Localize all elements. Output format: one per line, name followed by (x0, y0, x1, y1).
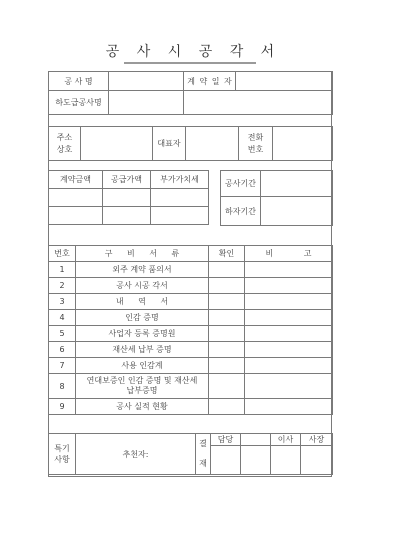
checklist-row-check-cell (209, 294, 245, 310)
checklist-row-check-cell (209, 310, 245, 326)
table-row: 계약금액 공급가액 부가가치세 (49, 171, 209, 189)
approver-sign-cell (241, 446, 271, 475)
checklist-row-item: 공사 시공 각서 (76, 278, 209, 294)
checklist-row-no: 8 (49, 374, 76, 399)
checklist-row-check-cell (209, 326, 245, 342)
project-name-value-cell (109, 72, 184, 91)
form-outline: 공 사 명 계 약 일 자 하도급공사명 주소 상호 대표자 전화 번호 (48, 71, 332, 477)
table-row: 6 재산세 납부 증명 (49, 342, 333, 358)
approver-header-staff: 담당 (211, 434, 241, 446)
document-sheet: 공 사 시 공 각 서 공 사 명 계 약 일 자 하도급공사명 주소 상호 (0, 0, 400, 533)
table-row: 하도급공사명 (49, 91, 333, 115)
supply-amount-header: 공급가액 (103, 171, 151, 189)
amount-cell (151, 189, 209, 207)
checklist-row-check-cell (209, 342, 245, 358)
amount-cell (151, 207, 209, 225)
checklist-row-item: 연대보증인 인감 증명 및 재산세 납부증명 (76, 374, 209, 399)
approver-header-blank (241, 434, 271, 446)
address-company-label: 주소 상호 (49, 127, 81, 161)
approver-sign-cell (271, 446, 301, 475)
subcontract-extra-cell (184, 91, 333, 115)
checklist-row-note-cell (245, 342, 333, 358)
checklist-row-note-cell (245, 326, 333, 342)
document-title-block: 공 사 시 공 각 서 (48, 41, 332, 64)
checklist-row-check-cell (209, 374, 245, 399)
checklist-row-check-cell (209, 262, 245, 278)
address-company-value-cell (81, 127, 153, 161)
checklist-row-item: 재산세 납부 증명 (76, 342, 209, 358)
period-table: 공사기간 하자기간 (220, 170, 333, 226)
checklist-note-header: 비 고 (245, 246, 333, 262)
approver-sign-cell (211, 446, 241, 475)
checklist-row-check-cell (209, 358, 245, 374)
approver-sign-cell (301, 446, 333, 475)
checklist-row-item: 내 역 서 (76, 294, 209, 310)
table-row: 번호 구 비 서 류 확인 비 고 (49, 246, 333, 262)
table-row: 4 인감 증명 (49, 310, 333, 326)
table-row: 주소 상호 대표자 전화 번호 (49, 127, 333, 161)
table-row: 1 외주 계약 품의서 (49, 262, 333, 278)
table-row: 7 사용 인감계 (49, 358, 333, 374)
checklist-table: 번호 구 비 서 류 확인 비 고 1 외주 계약 품의서 2 공사 시공 각서… (48, 245, 333, 415)
footer-table: 특기 사항 추천자: 결 재 담당 이사 사장 (48, 433, 333, 475)
amount-cell (49, 189, 103, 207)
amount-table: 계약금액 공급가액 부가가치세 (48, 170, 209, 225)
recommender-label: 추천자: (76, 434, 196, 475)
defect-period-value-cell (261, 197, 333, 226)
table-row: 2 공사 시공 각서 (49, 278, 333, 294)
checklist-no-header: 번호 (49, 246, 76, 262)
approver-header-director: 이사 (271, 434, 301, 446)
phone-label: 전화 번호 (239, 127, 273, 161)
construction-period-value-cell (261, 171, 333, 197)
table-row: 공사기간 (221, 171, 333, 197)
checklist-row-no: 7 (49, 358, 76, 374)
table-row: 3 내 역 서 (49, 294, 333, 310)
checklist-row-note-cell (245, 278, 333, 294)
defect-period-label: 하자기간 (221, 197, 261, 226)
contract-amount-header: 계약금액 (49, 171, 103, 189)
checklist-row-no: 6 (49, 342, 76, 358)
table-row: 9 공사 실적 현황 (49, 399, 333, 415)
construction-period-label: 공사기간 (221, 171, 261, 197)
special-notes-label: 특기 사항 (49, 434, 76, 475)
approval-label: 결 재 (196, 434, 211, 475)
contract-date-value-cell (236, 72, 333, 91)
document-title: 공 사 시 공 각 서 (106, 44, 274, 61)
checklist-row-note-cell (245, 399, 333, 415)
checklist-row-note-cell (245, 294, 333, 310)
checklist-check-header: 확인 (209, 246, 245, 262)
checklist-row-check-cell (209, 399, 245, 415)
contract-date-label: 계 약 일 자 (184, 72, 236, 91)
checklist-row-no: 9 (49, 399, 76, 415)
table-row (49, 207, 209, 225)
checklist-row-item: 인감 증명 (76, 310, 209, 326)
checklist-row-note-cell (245, 262, 333, 278)
representative-label: 대표자 (153, 127, 186, 161)
phone-value-cell (273, 127, 333, 161)
checklist-row-note-cell (245, 374, 333, 399)
checklist-row-no: 1 (49, 262, 76, 278)
table-row: 8 연대보증인 인감 증명 및 재산세 납부증명 (49, 374, 333, 399)
checklist-item-header: 구 비 서 류 (76, 246, 209, 262)
title-underline (124, 62, 256, 64)
representative-value-cell (186, 127, 239, 161)
approver-header-president: 사장 (301, 434, 333, 446)
checklist-row-check-cell (209, 278, 245, 294)
checklist-row-no: 3 (49, 294, 76, 310)
checklist-row-item: 사용 인감계 (76, 358, 209, 374)
checklist-row-item: 외주 계약 품의서 (76, 262, 209, 278)
table-row (49, 189, 209, 207)
checklist-row-item: 공사 실적 현황 (76, 399, 209, 415)
checklist-row-no: 2 (49, 278, 76, 294)
table-row: 공 사 명 계 약 일 자 (49, 72, 333, 91)
table-row: 하자기간 (221, 197, 333, 226)
project-name-label: 공 사 명 (49, 72, 109, 91)
subcontract-name-value-cell (109, 91, 184, 115)
table-row: 5 사업자 등록 증명원 (49, 326, 333, 342)
amount-cell (103, 207, 151, 225)
vat-header: 부가가치세 (151, 171, 209, 189)
checklist-row-no: 5 (49, 326, 76, 342)
checklist-row-note-cell (245, 310, 333, 326)
subcontract-name-label: 하도급공사명 (49, 91, 109, 115)
party-table: 주소 상호 대표자 전화 번호 (48, 126, 333, 161)
header-table: 공 사 명 계 약 일 자 하도급공사명 (48, 71, 333, 115)
table-row: 특기 사항 추천자: 결 재 담당 이사 사장 (49, 434, 333, 446)
checklist-row-no: 4 (49, 310, 76, 326)
checklist-row-note-cell (245, 358, 333, 374)
checklist-row-item: 사업자 등록 증명원 (76, 326, 209, 342)
amount-cell (103, 189, 151, 207)
amount-cell (49, 207, 103, 225)
